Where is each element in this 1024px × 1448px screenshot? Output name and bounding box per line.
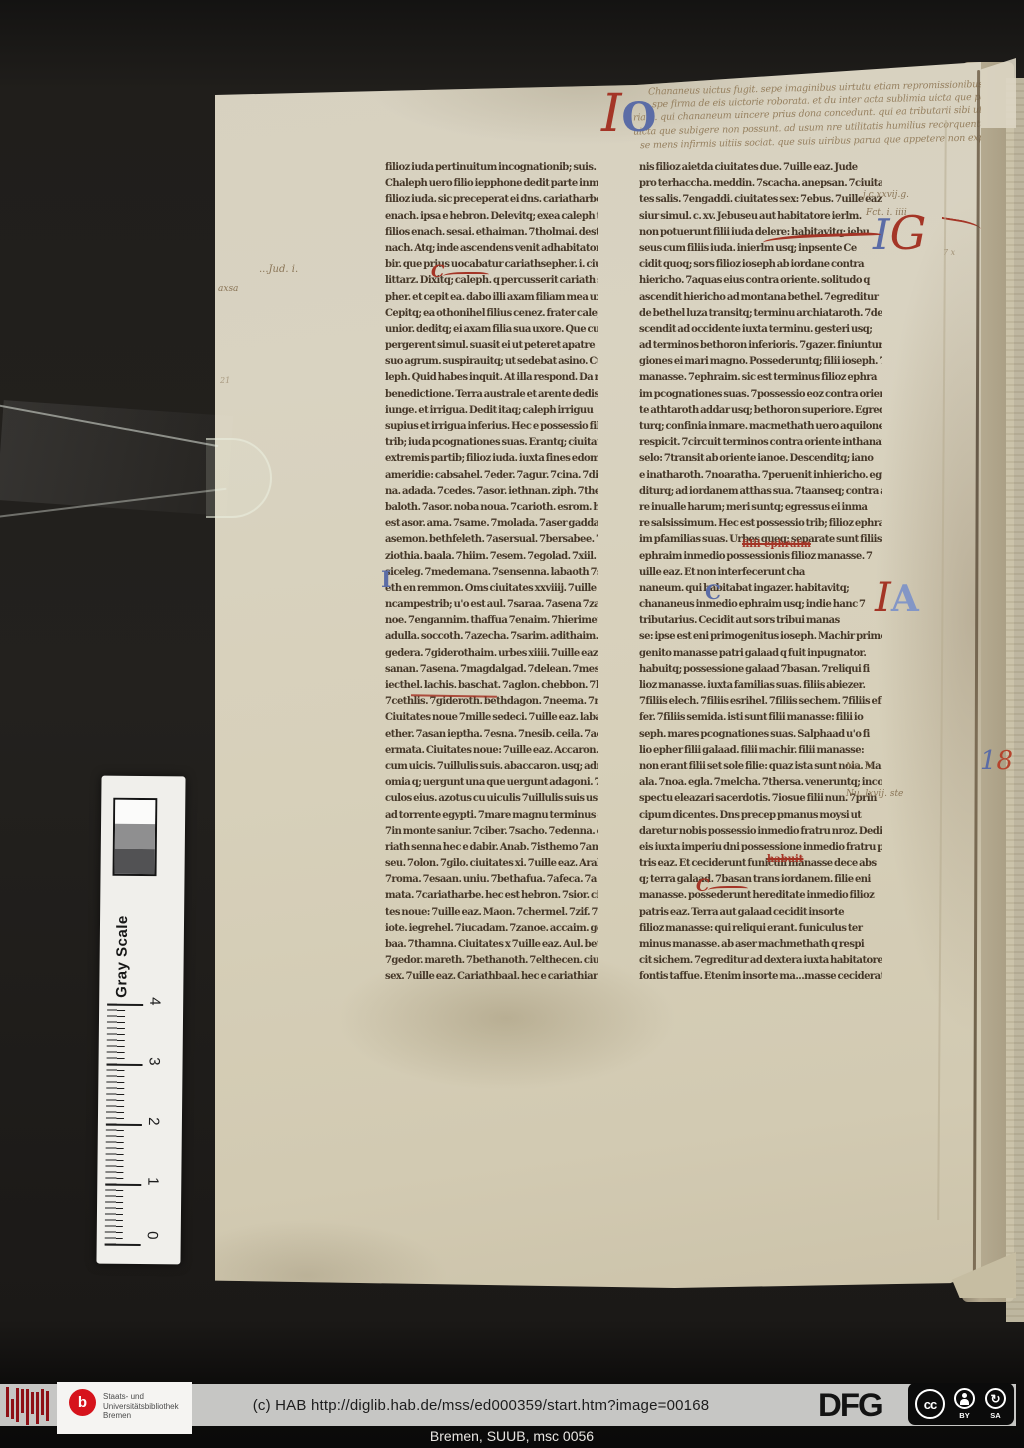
- manuscript-text-line: eis iuxta imperiu dni possessione inmedi…: [639, 840, 882, 856]
- manuscript-text-line: genito manasse patri galaad q fuit inpug…: [639, 646, 882, 662]
- glass-highlight-line: [0, 488, 226, 518]
- initial-1: 1: [980, 746, 997, 776]
- text-column-right: nis filioz aietda ciuitates due. 7uille …: [639, 160, 882, 986]
- glass-highlight-line: [0, 404, 218, 447]
- manuscript-text-line: bir. que prius uocabatur cariathsepher. …: [385, 257, 598, 273]
- manuscript-text-line: omia q; uergunt una que uergunt adagoni.…: [385, 775, 598, 791]
- margin-note: ...Jud. i.: [259, 264, 298, 275]
- patch-midgray: [115, 824, 155, 849]
- dfg-logo: DFG: [818, 1386, 882, 1423]
- manuscript-text-line: 7roma. 7esaan. uniu. 7bethafua. 7afeca. …: [385, 872, 598, 888]
- manuscript-text-line: eth en remmon. Oms ciuitates xxviiij. 7u…: [385, 581, 598, 597]
- photograph-stage: Chananeus uictus fugit. sepe imaginibus …: [0, 0, 1024, 1448]
- manuscript-text-line: filioz iuda. sic preceperat ei dns. cari…: [385, 192, 598, 208]
- manuscript-text-line: ameridie: cabsahel. 7eder. 7agur. 7cina.…: [385, 468, 598, 484]
- patch-white: [115, 800, 155, 824]
- gray-scale-label: Gray Scale: [113, 880, 131, 998]
- manuscript-text-line: benedictione. Terra australe et arente d…: [385, 387, 598, 403]
- struck-rubric-text: habuit: [767, 854, 803, 865]
- manuscript-text-line: filios enach. sesai. ethaiman. 7tholmai.…: [385, 225, 598, 241]
- cc-sa-label: SA: [985, 1411, 1006, 1420]
- rubric-flourish: [940, 217, 981, 233]
- glass-reflection: [0, 400, 233, 516]
- manuscript-text-line: hiericho. 7aquas eius contra oriente. so…: [639, 273, 882, 289]
- manuscript-text-line: cipum dicentes. Dns precep pmanus moysi …: [639, 808, 882, 824]
- manuscript-text-line: respicit. 7circuit terminos contra orien…: [639, 435, 882, 451]
- manuscript-text-line: scendit ad occidente iuxta terminu. gest…: [639, 322, 882, 338]
- cc-by-label: BY: [954, 1411, 975, 1420]
- text-column-left: filioz iuda pertinuitum incognationib; s…: [385, 160, 598, 986]
- manuscript-text-line: manasse. possederunt hereditate inmedio …: [639, 888, 882, 904]
- manuscript-text-line: cum uicis. 7uillulis suis. abaccaron. us…: [385, 759, 598, 775]
- manuscript-text-line: nach. Atq; inde ascendens venit adhabita…: [385, 241, 598, 257]
- manuscript-text-line: Cepitq; ea othonihel filius cenez. frate…: [385, 306, 598, 322]
- manuscript-text-line: gedera. 7giderothaim. urbes xiiii. 7uill…: [385, 646, 598, 662]
- manuscript-text-line: re inualle harum; meri suntq; egressus e…: [639, 500, 882, 516]
- inline-initial-blue-c: C: [705, 580, 721, 604]
- manuscript-text-line: asemon. bethfeleth. 7asersual. 7bersabee…: [385, 532, 598, 548]
- manuscript-text-line: ascendit hiericho ad montana bethel. 7eg…: [639, 290, 882, 306]
- margin-note: Fct. i. iiii: [866, 208, 907, 218]
- initial-8: 8: [997, 746, 1014, 776]
- manuscript-text-line: nis filioz aietda ciuitates due. 7uille …: [639, 160, 882, 176]
- rubric-flourish: [443, 272, 489, 280]
- manuscript-text-line: filioz manasse: qui reliqui erant. funic…: [639, 921, 882, 937]
- cc-license-plaque: cc BY ↻ SA: [908, 1383, 1014, 1425]
- manuscript-text-line: filioz iuda pertinuitum incognationib; s…: [385, 160, 598, 176]
- manuscript-text-line: pro terhaccha. meddin. 7scacha. anepsan.…: [639, 176, 882, 192]
- cc-logo-icon: cc: [915, 1389, 945, 1419]
- initial-a: A: [891, 578, 919, 620]
- running-title-o: O: [622, 94, 657, 141]
- manuscript-text-line: Chaleph uero filio iepphone dedit parte …: [385, 176, 598, 192]
- manuscript-text-line: giones ei mari magno. Possederuntq; fili…: [639, 354, 882, 370]
- manuscript-text-line: cit sichem. 7egreditur ad dextera iuxta …: [639, 953, 882, 969]
- manuscript-text-line: mata. 7cariatharbe. hec est hebron. 7sio…: [385, 888, 598, 904]
- manuscript-text-line: sex. 7uille eaz. Cariathbaal. hec e cari…: [385, 969, 598, 985]
- manuscript-text-line: noe. 7engannim. thaffua 7enaim. 7hierime…: [385, 613, 598, 629]
- gray-scale-patches: [113, 798, 158, 876]
- manuscript-text-line: supius et irrigua inferius. Hec e posses…: [385, 419, 598, 435]
- manuscript-text-line: unior. deditq; ei axam filia sua uxore. …: [385, 322, 598, 338]
- edge-initial-18: 18: [980, 748, 1013, 774]
- struck-rubric-text: filii ephraim: [742, 539, 811, 550]
- gray-scale-card: Gray Scale 4 3 2 1 0: [96, 776, 185, 1265]
- ruler-major-tick: [107, 1064, 143, 1066]
- manuscript-text-line: e inatharoth. 7noaratha. 7peruenit inhie…: [639, 468, 882, 484]
- manuscript-text-line: enach. ipsa e hebron. Delevitq; exea cal…: [385, 209, 598, 225]
- chapter-initial-ia: IA: [875, 578, 919, 618]
- manuscript-text-line: selo: 7transit ab oriente ianoe. Descend…: [639, 451, 882, 467]
- margin-note: axsa: [218, 284, 238, 294]
- manuscript-text-line: ephraim inmedio possessionis filioz mana…: [639, 549, 882, 565]
- manuscript-text-line: minus manasse. ab aser machmethath q res…: [639, 937, 882, 953]
- rubric-flourish: [708, 886, 748, 894]
- margin-note: Nu. lx.: [846, 762, 876, 772]
- manuscript-text-line: uille eaz. Et non interfecerunt cha: [639, 565, 882, 581]
- manuscript-text-line: leph. Quid habes inquit. At illa respond…: [385, 370, 598, 386]
- manuscript-text-line: iunge. et irrigua. Dedit itaq; caleph ir…: [385, 403, 598, 419]
- ruler-number: 2: [144, 1117, 162, 1135]
- manuscript-text-line: 7gedor. mareth. 7bethanoth. 7elthecen. c…: [385, 953, 598, 969]
- margin-note: Nu. lxvij. ste: [846, 789, 903, 799]
- manuscript-text-line: iote. iegrehel. 7iucadam. 7zanoe. accaim…: [385, 921, 598, 937]
- manuscript-text-line: de bethel luza transitq; terminu archiat…: [639, 306, 882, 322]
- manuscript-text-line: tributarius. Cecidit aut sors tribui man…: [639, 613, 882, 629]
- manuscript-text-line: baloth. 7asor. noba noua. 7carioth. esro…: [385, 500, 598, 516]
- manuscript-text-line: suo agrum. suspirauitq; ut sedebat asino…: [385, 354, 598, 370]
- ruler-major-tick: [107, 1004, 143, 1006]
- shelfmark-caption: Bremen, SUUB, msc 0056: [0, 1428, 1024, 1444]
- manuscript-text-line: ad terminos bethoron inferioris. 7gazer.…: [639, 338, 882, 354]
- manuscript-text-line: chananeus inmedio ephraim usq; indie han…: [639, 597, 882, 613]
- manuscript-text-line: siur simul. c. xv. Jebuseu aut habitator…: [639, 209, 882, 225]
- ruler-number: 3: [144, 1057, 162, 1075]
- manuscript-text-line: trib; iuda pcognationes suas. Erantq; ci…: [385, 435, 598, 451]
- ruler-major-tick: [105, 1244, 141, 1246]
- manuscript-text-line: habuitq; possessione galaad 7basan. 7rel…: [639, 662, 882, 678]
- manuscript-text-line: na. adada. 7cedes. 7asor. iethnan. ziph.…: [385, 484, 598, 500]
- manuscript-text-line: turq; confinia inmare. macmethath uero a…: [639, 419, 882, 435]
- manuscript-text-line: ncampestrib; u'o est aul. 7saraa. 7asena…: [385, 597, 598, 613]
- manuscript-text-line: est asor. ama. 7same. 7molada. 7aser gad…: [385, 516, 598, 532]
- manuscript-text-line: ad torrente egypti. 7mare magnu terminus…: [385, 808, 598, 824]
- manuscript-text-line: seph. mares pcognationes suas. Salphaad …: [639, 727, 882, 743]
- manuscript-text-line: tes salis. 7engaddi. ciuitates sex: 7ebu…: [639, 192, 882, 208]
- inline-initial-blue-i: I: [381, 567, 391, 593]
- running-title-io: IO: [601, 90, 656, 142]
- cc-by-person-icon: [954, 1388, 975, 1409]
- margin-note: 21: [220, 376, 230, 385]
- manuscript-text-line: pergerent simul. suasit ei ut peteret ap…: [385, 338, 598, 354]
- manuscript-text-line: pher. et cepit ea. dabo illi axam filiam…: [385, 290, 598, 306]
- margin-note: j.c.xxvij.g.: [863, 190, 909, 200]
- manuscript-text-line: patris eaz. Terra aut galaad cecidit ins…: [639, 905, 882, 921]
- manuscript-text-line: lio epher filii galaad. filii machir. fi…: [639, 743, 882, 759]
- patch-darkgray: [115, 849, 155, 874]
- manuscript-text-line: baa. 7thamna. Ciuitates x 7uille eaz. Au…: [385, 937, 598, 953]
- manuscript-text-line: lioz manasse. iuxta familias suas. filii…: [639, 678, 882, 694]
- person-body: [960, 1399, 969, 1405]
- manuscript-text-line: fontis taffue. Etenim insorte ma...masse…: [639, 969, 882, 985]
- manuscript-page: Chananeus uictus fugit. sepe imaginibus …: [215, 62, 981, 1288]
- manuscript-text-line: 7in monte saniur. 7ciber. 7sacho. 7edenn…: [385, 824, 598, 840]
- manuscript-text-line: q; terra galaad. 7basan trans iordanem. …: [639, 872, 882, 888]
- manuscript-text-line: manasse. 7ephraim. sic est terminus fili…: [639, 370, 882, 386]
- manuscript-text-line: tes noue: 7uille eaz. Maon. 7chermel. 7z…: [385, 905, 598, 921]
- manuscript-text-line: siceleg. 7medemana. 7sensenna. labaoth 7…: [385, 565, 598, 581]
- manuscript-text-line: daretur nobis possessio inmedio fratru n…: [639, 824, 882, 840]
- manuscript-text-line: seu. 7olon. 7gilo. ciuitates xi. 7uille …: [385, 856, 598, 872]
- manuscript-text-line: cidit quoq; sors filioz ioseph ab iordan…: [639, 257, 882, 273]
- manuscript-text-line: Ciuitates noue 7mille sedeci. 7uille eaz…: [385, 710, 598, 726]
- next-page-sliver: [1006, 78, 1024, 1322]
- manuscript-text-line: riath senna hec e dabir. Anab. 7isthemo …: [385, 840, 598, 856]
- ruler-number: 1: [143, 1177, 161, 1195]
- manuscript-text-line: te athtaroth addar usq; bethoron superio…: [639, 403, 882, 419]
- manuscript-text-line: adulla. soccoth. 7azecha. 7sarim. aditha…: [385, 629, 598, 645]
- person-head: [962, 1393, 967, 1398]
- manuscript-text-line: naneum. qui habitabat ingazer. habitavit…: [639, 581, 882, 597]
- initial-i: I: [875, 575, 891, 621]
- manuscript-text-line: se: ipse est eni primogenitus ioseph. Ma…: [639, 629, 882, 645]
- manuscript-text-line: littarz. Dixitq; caleph. q percusserit c…: [385, 273, 598, 289]
- manuscript-text-line: extremis partib; filioz iuda. iuxta fine…: [385, 451, 598, 467]
- ruler-major-tick: [105, 1184, 141, 1186]
- manuscript-text-line: tris eaz. Et ceciderunt funiculi manasse…: [639, 856, 882, 872]
- ruler-number: 4: [145, 997, 163, 1015]
- ruler-number: 0: [143, 1231, 161, 1249]
- manuscript-text-line: culos eius. azotus cu uiculis 7uillulis …: [385, 791, 598, 807]
- manuscript-text-line: ether. 7asan ieptha. 7esna. 7nesib. ceil…: [385, 727, 598, 743]
- running-title-i: I: [601, 84, 622, 144]
- manuscript-text-line: im pcognationes suas. 7possessio eoz con…: [639, 387, 882, 403]
- manuscript-text-line: sanan. 7asena. 7magdalgad. 7delean. 7mes…: [385, 662, 598, 678]
- manuscript-text-line: fer. 7filiis semida. isti sunt filii man…: [639, 710, 882, 726]
- manuscript-text-line: ziothia. baala. 7hiim. 7esem. 7egolad. 7…: [385, 549, 598, 565]
- manuscript-text-line: re salsissimum. Hec est possessio trib; …: [639, 516, 882, 532]
- ruler-major-tick: [106, 1124, 142, 1126]
- cc-sa-arrow-icon: ↻: [985, 1388, 1006, 1409]
- manuscript-text-line: diturq; ad iordanem atthas sua. 7taanseq…: [639, 484, 882, 500]
- manuscript-text-line: 7filiis elech. 7filiis esrihel. 7filiis …: [639, 694, 882, 710]
- manuscript-text-line: ermata. Ciuitates noue: 7uille eaz. Acca…: [385, 743, 598, 759]
